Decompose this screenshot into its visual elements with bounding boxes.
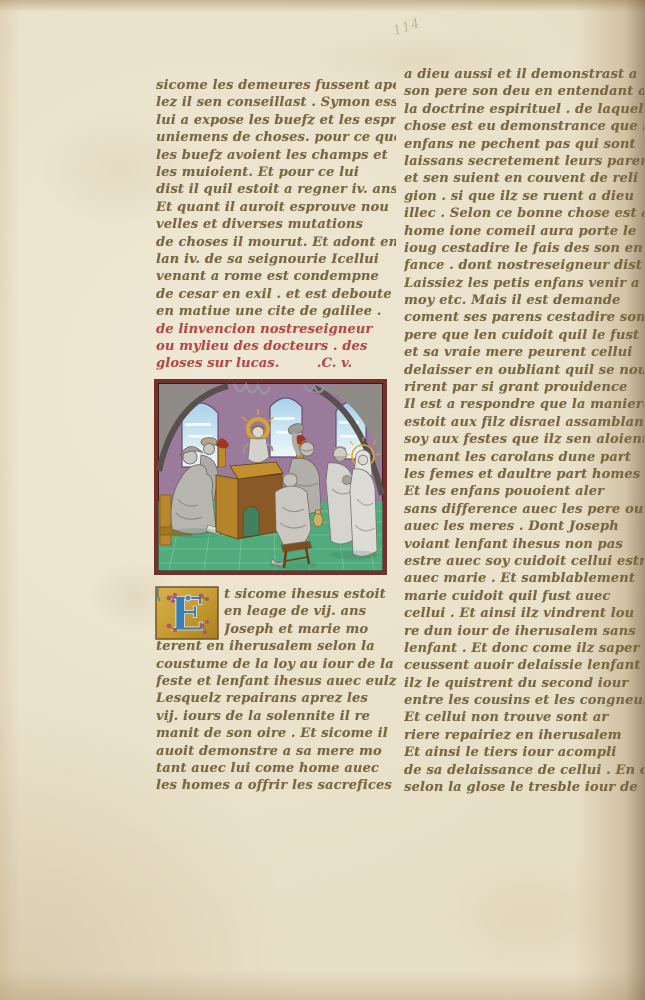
manuscript-line: estoit aux filz disrael assamblans [404, 414, 644, 431]
manuscript-line: gion . si que ilz se ruent a dieu [404, 188, 644, 205]
manuscript-line: lui a expose les buefz et les espre [156, 112, 396, 129]
manuscript-line: velles et diverses mutations [156, 216, 396, 233]
manuscript-line: home ione comeil aura porte le [404, 223, 644, 240]
manuscript-line: en matiue une cite de galilee . [156, 303, 396, 320]
manuscript-line: terent en iherusalem selon la [156, 638, 398, 655]
manuscript-line: sans difference auec les pere ou [404, 501, 644, 518]
illuminated-initial: E [155, 586, 219, 640]
manuscript-line: en leage de vij. ans [224, 603, 394, 620]
manuscript-line: re dun iour de iherusalem sans [404, 623, 644, 640]
manuscript-line: a dieu aussi et il demonstrast a [404, 66, 644, 83]
manuscript-line: lez il sen conseillast . Symon esse [156, 94, 396, 111]
manuscript-line: coment ses parens cestadire son [404, 309, 644, 326]
manuscript-line: les buefz avoient les champs et [156, 147, 396, 164]
initial-ornament: E [155, 586, 219, 640]
right-column-text: a dieu aussi et il demonstrast ason pere… [404, 66, 644, 796]
manuscript-line: les muioient. Et pour ce lui [156, 164, 396, 181]
manuscript-line: soy aux festes que ilz sen aloient [404, 431, 644, 448]
manuscript-line: la doctrine espirituel . de laquelle [404, 101, 644, 118]
manuscript-line: auec marie . Et samblablement [404, 570, 644, 587]
manuscript-line: auec les meres . Dont Joseph [404, 518, 644, 535]
manuscript-line: de sa delaissance de cellui . En ce [404, 762, 644, 779]
manuscript-line: illec . Selon ce bonne chose est a [404, 205, 644, 222]
left-column-upper-text: sicome les demeures fussent apellez il s… [156, 77, 396, 320]
left-column-lower-text: terent en iherusalem selon lacoustume de… [156, 638, 398, 795]
manuscript-page: 114 sicome les demeures fussent apellez … [0, 0, 645, 1000]
manuscript-line: voiant lenfant ihesus non pas [404, 536, 644, 553]
manuscript-line: marie cuidoit quil fust auec [404, 588, 644, 605]
manuscript-line: cellui . Et ainsi ilz vindrent lou [404, 605, 644, 622]
manuscript-line: ilz le quistrent du second iour [404, 675, 644, 692]
manuscript-line: enfans ne pechent pas qui sont [404, 136, 644, 153]
manuscript-line: pere que len cuidoit quil le fust [404, 327, 644, 344]
manuscript-line: ceussent auoir delaissie lenfant [404, 657, 644, 674]
rubric-line: de linvencion nostreseigneur [156, 321, 396, 338]
manuscript-line: riere repairiez en iherusalem [404, 727, 644, 744]
manuscript-line: ioug cestadire le fais des son en [404, 240, 644, 257]
manuscript-line: Il est a respondre que la maniere [404, 396, 644, 413]
manuscript-line: de cesar en exil . et est deboute [156, 286, 396, 303]
manuscript-line: Et les enfans pouoient aler [404, 483, 644, 500]
manuscript-line: delaisser en oubliant quil se nour [404, 362, 644, 379]
manuscript-line: Lesquelz repairans aprez les [156, 690, 398, 707]
manuscript-line: et sen suient en couvent de reli [404, 170, 644, 187]
left-column-beside-initial: t sicome ihesus estoiten leage de vij. a… [224, 586, 394, 638]
manuscript-line: les femes et daultre part homes [404, 466, 644, 483]
rubric-line: ou mylieu des docteurs . des [156, 338, 396, 355]
manuscript-line: fance . dont nostreseigneur dist [404, 257, 644, 274]
manuscript-line: lan iv. de sa seignourie Icellui [156, 251, 396, 268]
manuscript-line: feste et lenfant ihesus auec eulz [156, 673, 398, 690]
manuscript-line: selon la glose le tresble iour de [404, 779, 644, 796]
manuscript-line: estre auec soy cuidoit cellui estre [404, 553, 644, 570]
manuscript-line: uniemens de choses. pour ce que [156, 129, 396, 146]
manuscript-line: moy etc. Mais il est demande [404, 292, 644, 309]
rubric-line: gloses sur lucas. .C. v. [156, 355, 396, 372]
manuscript-line: Joseph et marie mo [224, 621, 394, 638]
manuscript-line: auoit demonstre a sa mere mo [156, 743, 398, 760]
manuscript-line: t sicome ihesus estoit [224, 586, 394, 603]
miniature-christ-among-doctors [154, 379, 387, 575]
manuscript-line: sicome les demeures fussent apel [156, 77, 396, 94]
manuscript-line: les homes a offrir les sacrefices [156, 777, 398, 794]
manuscript-line: coustume de la loy au iour de la [156, 656, 398, 673]
manuscript-line: tant auec lui come home auec [156, 760, 398, 777]
manuscript-line: rirent par si grant prouidence [404, 379, 644, 396]
manuscript-line: laissans secretement leurs parens [404, 153, 644, 170]
manuscript-line: de choses il mourut. Et adont en [156, 234, 396, 251]
manuscript-line: son pere son deu en entendant a [404, 83, 644, 100]
manuscript-line: et sa vraie mere peurent cellui [404, 344, 644, 361]
manuscript-line: Laissiez les petis enfans venir a [404, 275, 644, 292]
manuscript-line: vij. iours de la solennite il re [156, 708, 398, 725]
folio-number: 114 [391, 16, 422, 39]
left-column-rubric: de linvencion nostreseigneurou mylieu de… [156, 321, 396, 373]
miniature-illustration [154, 379, 387, 575]
manuscript-line: dist il quil estoit a regner iv. ans [156, 181, 396, 198]
manuscript-line: venant a rome est condempne [156, 268, 396, 285]
manuscript-line: manit de son oire . Et sicome il [156, 725, 398, 742]
parchment-stain [430, 850, 630, 980]
manuscript-line: chose est eu demonstrance que les [404, 118, 644, 135]
manuscript-line: Et quant il auroit esprouve nou [156, 199, 396, 216]
manuscript-line: Et cellui non trouve sont ar [404, 709, 644, 726]
manuscript-line: lenfant . Et donc come ilz saper [404, 640, 644, 657]
manuscript-line: entre les cousins et les congneus [404, 692, 644, 709]
manuscript-line: Et ainsi le tiers iour acompli [404, 744, 644, 761]
manuscript-line: menant les carolans dune part [404, 449, 644, 466]
